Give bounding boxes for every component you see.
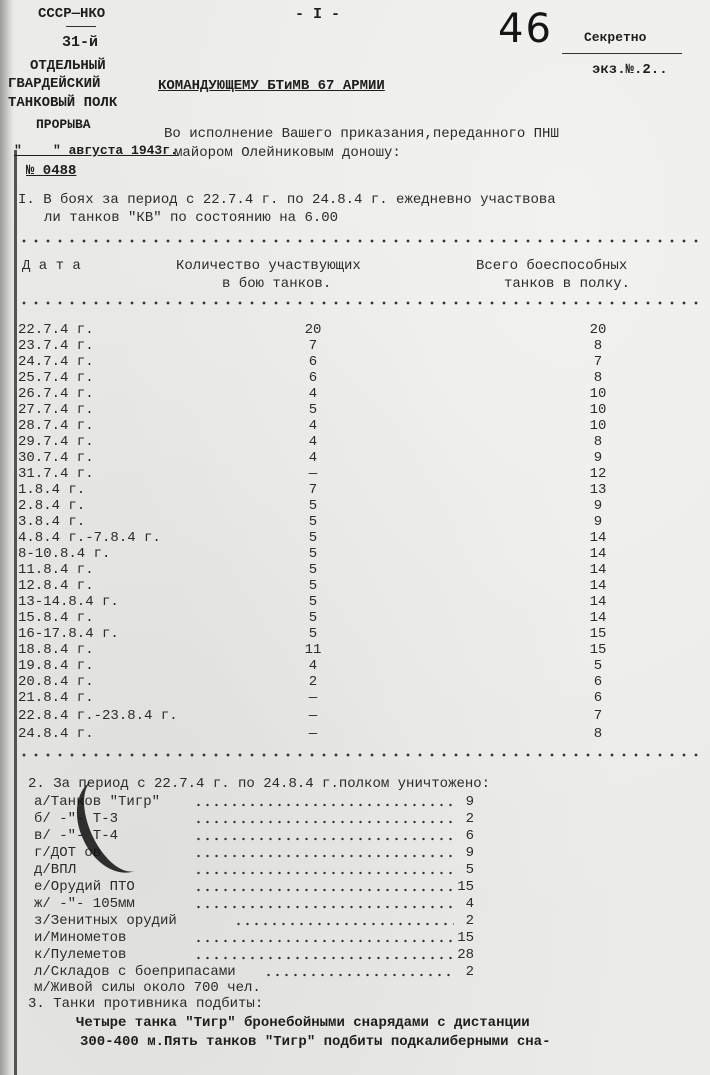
row-participating: — [298, 466, 328, 482]
row-ready: 7 [583, 354, 613, 370]
row-participating: 4 [298, 434, 328, 450]
row-participating: 5 [298, 626, 328, 642]
row-ready: 10 [583, 418, 613, 434]
row-participating: 5 [298, 514, 328, 530]
row-date: 20.8.4 г. [18, 674, 94, 690]
col-header-participating-2: в бою танков. [222, 276, 331, 292]
row-ready: 15 [583, 642, 613, 658]
table-row: 19.8.4 г.45 [18, 658, 618, 674]
row-date: 8-10.8.4 г. [18, 546, 110, 562]
item-value: 2 [454, 811, 474, 828]
row-date: 28.7.4 г. [18, 418, 94, 434]
row-date: 4.8.4 г.-7.8.4 г. [18, 530, 161, 546]
row-ready: 14 [583, 546, 613, 562]
row-date: 27.7.4 г. [18, 402, 94, 418]
table-row: 22.7.4 г.2020 [18, 322, 618, 338]
dot-leader [194, 939, 454, 943]
col-header-ready-1: Всего боеспособных [476, 258, 627, 274]
row-date: 12.8.4 г. [18, 578, 94, 594]
row-date: 11.8.4 г. [18, 562, 94, 578]
table-row: 12.8.4 г.514 [18, 578, 618, 594]
row-ready: 10 [583, 386, 613, 402]
row-participating: 6 [298, 370, 328, 386]
item-label: к/Пулеметов [34, 947, 126, 964]
row-participating: — [298, 708, 328, 724]
item-value: 2 [454, 964, 474, 981]
table-header-dotted-rule [18, 300, 704, 306]
date-reference: " " августа 1943г. [14, 143, 178, 158]
row-ready: 14 [583, 594, 613, 610]
row-date: 16-17.8.4 г. [18, 626, 119, 642]
table-row: 16-17.8.4 г.515 [18, 626, 618, 642]
item-label: д/ВПЛ [34, 862, 76, 879]
dot-leader [264, 973, 454, 977]
org-top: СССР—НКО [38, 6, 105, 22]
item-label: и/Минометов [34, 930, 126, 947]
table-bottom-dotted-rule [18, 752, 704, 758]
row-date: 3.8.4 г. [18, 514, 85, 530]
section3-line-2: 300-400 м.Пять танков "Тигр" подбиты под… [80, 1034, 550, 1050]
table-row: 8-10.8.4 г.514 [18, 546, 618, 562]
row-date: 31.7.4 г. [18, 466, 94, 482]
row-ready: 5 [583, 658, 613, 674]
classification-label: Секретно [584, 30, 646, 45]
row-ready: 6 [583, 674, 613, 690]
row-ready: 13 [583, 482, 613, 498]
table-row: 11.8.4 г.514 [18, 562, 618, 578]
table-row: 18.8.4 г.1115 [18, 642, 618, 658]
row-participating: — [298, 726, 328, 742]
row-ready: 14 [583, 578, 613, 594]
row-participating: 4 [298, 658, 328, 674]
document-number: № 0488 [26, 163, 76, 179]
row-date: 13-14.8.4 г. [18, 594, 119, 610]
item-value: 4 [454, 896, 474, 913]
table-row: 22.8.4 г.-23.8.4 г.—7 [18, 708, 618, 724]
row-date: 25.7.4 г. [18, 370, 94, 386]
row-participating: 6 [298, 354, 328, 370]
row-date: 24.7.4 г. [18, 354, 94, 370]
row-participating: 5 [298, 530, 328, 546]
row-participating: 5 [298, 562, 328, 578]
table-row: 3.8.4 г.59 [18, 514, 618, 530]
margin-rule [14, 150, 17, 1075]
row-participating: 11 [298, 642, 328, 658]
addressee: КОМАНДУЮЩЕМУ БТиМВ 67 АРМИИ [158, 78, 385, 94]
row-ready: 8 [583, 726, 613, 742]
dot-leader [194, 820, 454, 824]
item-label: е/Орудий ПТО [34, 879, 135, 896]
row-participating: 5 [298, 498, 328, 514]
dot-leader [194, 871, 454, 875]
row-date: 1.8.4 г. [18, 482, 85, 498]
dot-leader [194, 905, 454, 909]
item-value: 9 [454, 794, 474, 811]
row-ready: 14 [583, 530, 613, 546]
table-row: 23.7.4 г.78 [18, 338, 618, 354]
item-value: 28 [454, 947, 474, 964]
table-row: 15.8.4 г.514 [18, 610, 618, 626]
row-date: 24.8.4 г. [18, 726, 94, 742]
table-top-dotted-rule [18, 238, 704, 244]
row-date: 21.8.4 г. [18, 690, 94, 706]
item-value: 5 [454, 862, 474, 879]
row-participating: — [298, 690, 328, 706]
table-row: 20.8.4 г.26 [18, 674, 618, 690]
row-date: 19.8.4 г. [18, 658, 94, 674]
dot-leader [194, 888, 454, 892]
col-header-participating-1: Количество участвующих [176, 258, 361, 274]
intro-line-2: майором Олейниковым доношу: [174, 145, 401, 161]
row-date: 22.7.4 г. [18, 322, 94, 338]
row-participating: 5 [298, 578, 328, 594]
row-ready: 7 [583, 708, 613, 724]
table-row: 29.7.4 г.48 [18, 434, 618, 450]
item-value: 9 [454, 845, 474, 862]
org-underline [66, 26, 96, 27]
item-label: л/Складов с боеприпасами [34, 964, 236, 981]
row-participating: 4 [298, 450, 328, 466]
row-ready: 12 [583, 466, 613, 482]
row-ready: 9 [583, 498, 613, 514]
row-date: 29.7.4 г. [18, 434, 94, 450]
table-row: 26.7.4 г.410 [18, 386, 618, 402]
unit-line-3: ТАНКОВЫЙ ПОЛК [8, 95, 117, 111]
row-participating: 5 [298, 546, 328, 562]
row-date: 26.7.4 г. [18, 386, 94, 402]
table-row: 31.7.4 г.—12 [18, 466, 618, 482]
dot-leader [194, 837, 454, 841]
row-ready: 14 [583, 610, 613, 626]
row-participating: 5 [298, 610, 328, 626]
row-participating: 4 [298, 418, 328, 434]
section1-text-line-2: ли танков "КВ" по состоянию на 6.00 [44, 210, 338, 226]
row-ready: 15 [583, 626, 613, 642]
unit-line-2: ГВАРДЕЙСКИЙ [8, 76, 100, 92]
unit-line-4: ПРОРЫВА [36, 117, 91, 132]
table-row: 2.8.4 г.59 [18, 498, 618, 514]
dot-leader [194, 803, 454, 807]
table-row: 28.7.4 г.410 [18, 418, 618, 434]
row-ready: 20 [583, 322, 613, 338]
col-header-ready-2: танков в полку. [504, 276, 630, 292]
row-ready: 14 [583, 562, 613, 578]
table-row: 27.7.4 г.510 [18, 402, 618, 418]
table-row: 30.7.4 г.49 [18, 450, 618, 466]
dot-leader [194, 956, 454, 960]
section3-title: 3. Танки противника подбиты: [28, 996, 263, 1012]
row-participating: 2 [298, 674, 328, 690]
item-label: ж/ -"- 105мм [34, 896, 135, 913]
col-header-date: Д а т а [22, 258, 81, 274]
row-ready: 9 [583, 450, 613, 466]
row-participating: 5 [298, 594, 328, 610]
dot-leader [194, 854, 454, 858]
section1-text-line-1: I. В боях за период с 22.7.4 г. по 24.8.… [18, 192, 556, 208]
row-date: 22.8.4 г.-23.8.4 г. [18, 708, 178, 724]
row-ready: 6 [583, 690, 613, 706]
table-row: 13-14.8.4 г.514 [18, 594, 618, 610]
scan-left-edge [0, 0, 14, 1075]
row-date: 2.8.4 г. [18, 498, 85, 514]
table-row: 25.7.4 г.68 [18, 370, 618, 386]
item-value: 15 [454, 879, 474, 896]
archive-number: 46 [498, 6, 553, 52]
item-label: з/Зенитных орудий [34, 913, 177, 930]
unit-line-1: ОТДЕЛЬНЫЙ [30, 58, 106, 74]
row-participating: 7 [298, 338, 328, 354]
row-participating: 7 [298, 482, 328, 498]
row-date: 23.7.4 г. [18, 338, 94, 354]
table-row: 24.8.4 г.—8 [18, 726, 618, 742]
row-ready: 8 [583, 338, 613, 354]
document-page: СССР—НКО 31-й ОТДЕЛЬНЫЙ ГВАРДЕЙСКИЙ ТАНК… [0, 0, 710, 1075]
row-date: 15.8.4 г. [18, 610, 94, 626]
page-marker: - I - [295, 6, 340, 23]
row-participating: 4 [298, 386, 328, 402]
row-ready: 9 [583, 514, 613, 530]
item-value: 15 [454, 930, 474, 947]
row-date: 18.8.4 г. [18, 642, 94, 658]
row-participating: 5 [298, 402, 328, 418]
dot-leader [234, 922, 454, 926]
row-ready: 8 [583, 434, 613, 450]
copy-number: экз.№.2.. [592, 62, 668, 78]
intro-line-1: Во исполнение Вашего приказания,переданн… [164, 126, 559, 142]
classification-rule [562, 53, 682, 54]
row-ready: 8 [583, 370, 613, 386]
table-row: 4.8.4 г.-7.8.4 г.514 [18, 530, 618, 546]
section3-line-1: Четыре танка "Тигр" бронебойными снаряда… [76, 1015, 530, 1031]
row-date: 30.7.4 г. [18, 450, 94, 466]
item-value: 6 [454, 828, 474, 845]
table-row: 1.8.4 г.713 [18, 482, 618, 498]
row-participating: 20 [298, 322, 328, 338]
unit-number: 31-й [62, 34, 98, 51]
table-row: 21.8.4 г.—6 [18, 690, 618, 706]
manpower-line: м/Живой силы около 700 чел. [34, 980, 261, 996]
table-row: 24.7.4 г.67 [18, 354, 618, 370]
item-value: 2 [454, 913, 474, 930]
row-ready: 10 [583, 402, 613, 418]
